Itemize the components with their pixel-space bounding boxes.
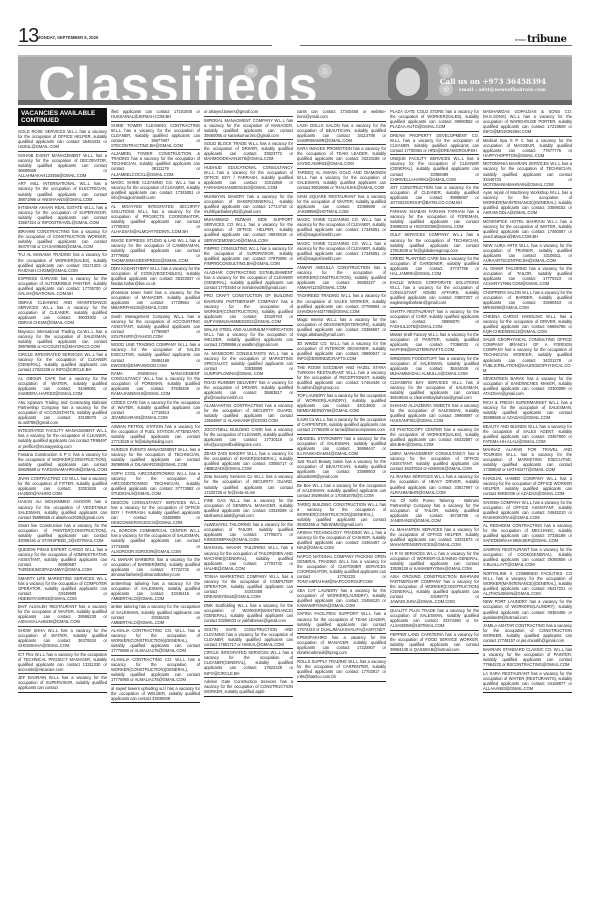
classified-ad: SEA CAT LAUNDRY has a vacancy for the oc… <box>297 587 386 611</box>
column-2: ified applicants can contact 17181508 or… <box>111 108 200 898</box>
classified-ad: SAMRAN RESTAURANT has a vacancy for the … <box>483 546 572 570</box>
classified-ad: IHTISHAM AKHAN REAL ESTATE W.L.L has a v… <box>18 204 107 228</box>
brand-name: tribune <box>527 34 566 45</box>
classified-ad: TOP LAUNDRY has a vacancy for the occupa… <box>297 392 386 416</box>
classified-ad: TAJ AL MANAMA TRADING has a vacancy for … <box>18 251 107 275</box>
classifieds-banner: Classifieds ✉ ▯ ▯ ◎ Call us on +973 3645… <box>18 55 572 100</box>
classified-ad: MAGIC SHINE CLEANING CO. W.L.L has a vac… <box>297 216 386 240</box>
classified-ad: AL MANSOORI CONSULTANTS W.L.L has a vaca… <box>204 350 293 379</box>
classified-ad: MAGIC SHINE CLEANING CO. W.L.L has a vac… <box>111 179 200 203</box>
classified-ad: ILIUM Co W.L.L has a vacancy for the occ… <box>297 416 386 435</box>
classified-ad: JOCOYNELL BUILDING CARE has a vacancy fo… <box>204 426 293 450</box>
classified-ad: FINPRO CONSULTING W.L.L has a vacancy fo… <box>204 245 293 269</box>
classified-ad: SHINE TOWER CLEANING CONTRACTING W.L.L h… <box>111 122 200 151</box>
column-5: PLAZA GATE COLD STORE has a vacancy for … <box>390 108 479 898</box>
classified-ad: cants can contact 17340456 or website-ti… <box>297 108 386 122</box>
classified-ad: PRO CRAFT CONSTUCTION OF BUILDING BAHRAI… <box>204 292 293 326</box>
classified-ad: Smart line Construction has a vacancy fo… <box>18 522 107 546</box>
classified-ad: Magic Interior W.L.L has a vacancy for t… <box>297 316 386 340</box>
classified-ad: LA SARA RESTAURANT has a vacancy for the… <box>483 670 572 694</box>
header-divider <box>18 45 272 46</box>
column-6: MADHAWDAS GOPALDAS & SONS CO. (M.G.SONS)… <box>483 108 572 898</box>
classified-ad: KHADIJAL HAMED COMPANY W.L.L has a vacan… <box>483 475 572 499</box>
classified-ad: JIVAN CONTRACTING CO W.L.L has a vacancy… <box>18 475 107 499</box>
classifieds-columns: VACANCIES AVAILABLE CONTINUED GOLD ROSE … <box>18 108 572 898</box>
mail-icon: ✉ <box>244 64 258 78</box>
classified-ad: ALAZHAR CONTRACTING ESTABLISHMENT has a … <box>204 269 293 293</box>
classified-ad: TAREQ BUILDING CONSTRUCTION W.L.L has a … <box>297 501 386 530</box>
classified-ad: QUALITY PLUS TRADE has a vacancy for the… <box>390 607 479 631</box>
classified-ad: WINDOWS FOODSTUFF has a vacancy for the … <box>390 355 479 379</box>
classified-ad: NORTHLINK X COMBINED FACILITIES CO W.L.L… <box>483 570 572 599</box>
classified-ad: INTEGRATED FACILITY MANAGEMENT W.L.L has… <box>18 427 107 451</box>
classified-ad: CHOPPERS SALON W.L.L has a vacancy for t… <box>483 289 572 313</box>
classified-ad: DREAM PROPERTY DEVELOPMENT CO. W.L.L has… <box>390 132 479 156</box>
classified-ad: AL REDHEEM CONTRACTING has a vacancy for… <box>483 522 572 546</box>
classified-ad: JEF BAHRAIN W.L.L has a vacancy for the … <box>18 674 107 693</box>
classified-ad: JAMILA AKHTAR CONTRACTING has a vacancy … <box>483 622 572 646</box>
classified-ad: SHAHAD ALJAZEERA SWEETS has a vacancy fo… <box>390 402 479 426</box>
phone-icon: ▯ <box>318 64 332 78</box>
classified-ad: Abu Iqzanam Trading and Contracting Bahr… <box>18 399 107 428</box>
classified-ad: SIAM SQUARE RESTAURANT has a vacancy for… <box>297 193 386 217</box>
classified-ad: SMARTY LIFE MARKETING SERVICES W.L.L has… <box>18 575 107 604</box>
classified-ad: IBRAHIM CONSTRACTING has a vacancy for t… <box>18 228 107 252</box>
classified-ad: CIRCLE INTEGRATED SERVICES W.L.L has a v… <box>18 351 107 375</box>
classified-ad: UNIQUE FACILITY SERVICES W.L.L has a vac… <box>390 155 479 184</box>
classified-ad: ROLLS SUPPLY TRADING W.L.L has a vacancy… <box>297 658 386 682</box>
classified-ad: SAHEBA COMPANY W.L.L has a vacancy for t… <box>483 499 572 523</box>
classified-ad: ALJAMEEL TOWER CONSTRUCTION & TRADING ha… <box>111 150 200 179</box>
classified-ad: PEPPER LAND CAFETERIA has a vacancy for … <box>390 631 479 655</box>
classified-ad: ambershop tailoring has a vacancy for th… <box>111 580 200 604</box>
classified-ad: LIBRA MANAGEMENT CONSULTANCY has a vacan… <box>390 450 479 474</box>
classified-ad: amber tailoring has a vacancy for the oc… <box>111 603 200 627</box>
classified-ad: GULF SERVICES COMPANY W.L.L has a vacanc… <box>390 231 479 255</box>
classified-ad: CHEENA CARGO HANDLING W.L.L has a vacanc… <box>483 313 572 337</box>
classified-ad: or alsayed.towers@gmail.com <box>204 108 293 117</box>
classified-ad: BAHRAIN STANDARD CLASSIC CO. W.L.L has a… <box>483 646 572 670</box>
classified-ad: AL-MALIA CONTRACTING CO. W.L.L has a vac… <box>111 656 200 685</box>
classified-ad: Ayan repair of Machinery Workshop W.L.L … <box>483 189 572 218</box>
classified-ad: MOVENPICK HOTEL BAHRAIN W.L.L has a vaca… <box>483 218 572 242</box>
classified-ad: NAPCO NATIONAL COMPANY PACKING OPEN GENE… <box>297 553 386 587</box>
classified-ad: GOLD ROSE SERVICES W.L.L has a vacancy f… <box>18 128 107 152</box>
classified-ad: ALWESAYEL TAILORING has a vacancy for th… <box>204 521 293 545</box>
classified-ad: Arc Of Kefis Puneo Tailoring - Bahraini … <box>390 497 479 526</box>
classified-ad: IMPERIAL MANAGMENT COMPANY W.L.L has a v… <box>204 117 293 141</box>
classified-ad: ABADEEL STATIONERY has a vacancy for the… <box>297 435 386 459</box>
classified-ad: Zeta Security Services Co W.L.L has a va… <box>204 473 293 497</box>
classified-ad: AL SOROOR COMMERCIAL CENTER W.L.L has a … <box>111 527 200 556</box>
classified-ad: AL MAHANTEN SERVICES has a vacancy for t… <box>390 526 479 550</box>
classified-ad: WOOD LINE TRADING COMPANY W.L.L has a va… <box>111 341 200 370</box>
classified-ad: AL MOAYYED INTEGRATED SECURITY SOLUTIONS… <box>111 203 200 237</box>
classified-ad: Farsana Construction S P C has a vacancy… <box>18 451 107 475</box>
classified-ad: ARISHA TECHNOLOGY TRADING W.L.L has a va… <box>297 529 386 553</box>
classified-ad: CODES CAFE has a vacancy for the occupat… <box>111 399 200 423</box>
banner-phone: Call us on +973 36458394 <box>440 77 546 86</box>
classified-ad: OBRAS CLEANING AND MAINTENANCE SERVICES … <box>18 299 107 328</box>
classified-ad: SHATTA RESTAURANT has a vacancy for the … <box>390 308 479 332</box>
classified-ad: K9 PHOTOCOPY CENTER has a vacancy for th… <box>390 426 479 450</box>
section-heading: VACANCIES AVAILABLE CONTINUED <box>18 108 107 126</box>
classified-ad: ASIA GROUND CONSTRUCTION BAHRAINI PARTNE… <box>390 573 479 607</box>
classified-ad: WALAS STEEL AND ALUMINIUM FABRICATION W.… <box>204 326 293 350</box>
classified-ad: CREED PLANTING CARE has a vacancy for th… <box>390 255 479 279</box>
classified-ad: ALAMAANTAN CONTRACTING has a vacancy for… <box>204 402 293 426</box>
page-number: 13 <box>18 26 38 46</box>
classified-ad: QUEZON PINAS EXPERT CARGO W.L.L has a va… <box>18 546 107 575</box>
header-divider-right <box>300 45 572 46</box>
classified-ad: South Management Company W.L.L has a vac… <box>111 313 200 342</box>
classified-ad: ASWAN PETROL STATION has a vacancy for t… <box>111 423 200 447</box>
classified-ad: TAGHREED TRADING W.L.L has a vacancy for… <box>297 292 386 316</box>
classified-ad: FINE GAS W.L.L has a vacancy for the occ… <box>204 497 293 521</box>
classified-ad: Advisor Gate Construction Services has a… <box>204 678 293 697</box>
classified-ad: SAFINA FACILITIES SUPPORT W.L.L has a va… <box>297 610 386 634</box>
classified-ad: Just Touch Beauty Salon has a vacancy fo… <box>297 458 386 482</box>
classified-ad: SOLID BLOCK TRADE W.L.L has a vacancy fo… <box>204 140 293 164</box>
column-3: or alsayed.towers@gmail.comIMPERIAL MANA… <box>204 108 293 898</box>
classified-ad: MAHSHAL MAHAR TAILORING W.L.L has a vaca… <box>204 544 293 573</box>
banner-title: Classifieds <box>38 61 318 100</box>
classified-ad: Be Bee W.L.L has a vacancy for the occup… <box>297 482 386 501</box>
classified-ad: LASH DOLLS SALON has a vacancy for the o… <box>297 122 386 146</box>
classified-ad: ART MILL INTERNATIONAL W.L.L has a vacan… <box>18 180 107 204</box>
classified-ad: AL OBOUR CAFE has a vacancy for the occu… <box>18 375 107 399</box>
classified-ad: ified applicants can contact 17181508 or… <box>111 108 200 122</box>
classified-ad: DMV KADANTHERY W.L.L has a vacancy for t… <box>111 265 200 289</box>
classified-ad: AL MANAR BARBERS has a vacancy for the o… <box>111 556 200 580</box>
classified-ad: CLEANERS BAY SERVICES W.L.L has a vacanc… <box>390 379 479 403</box>
classified-ad: ANWAR ABDULLA CONSTRUCTION has a vacancy… <box>297 264 386 293</box>
classified-ad: Mayonco International Trading Co.W.L.L h… <box>18 328 107 352</box>
classified-ad: HASAN ALI MOHAMMED ASHOOR has a vacancy … <box>18 498 107 522</box>
classified-ad: CIRCLE INTEGRATED SERVICES W.L.L has a v… <box>204 649 293 678</box>
classified-ad: DESCON CONSULTANCY SERVICES W.L.L has a … <box>111 499 200 528</box>
classified-ad: RICH & FRESH SUPERMARKET W.L.L has a vac… <box>483 399 572 423</box>
column-1: VACANCIES AVAILABLE CONTINUED GOLD ROSE … <box>18 108 107 898</box>
classified-ad: HUDHUD EDUCATIONAL CONSULTANCY W.L.L has… <box>204 164 293 193</box>
classified-ad: ROAD RUNNER DELIVERY has a vacancy for t… <box>204 379 293 403</box>
classified-ad: NEW PORT LAUNDRY has a vacancy for the o… <box>483 598 572 622</box>
classified-ad: BAIT ALSALEH RESTAURANT has a vacancy fo… <box>18 603 107 627</box>
classified-ad: EAGLE WINGS CORPORATE SOLUTIONS W.L.L ha… <box>390 279 479 308</box>
classified-ad: MUHBIYAN BAKERY has a vacancy for the oc… <box>204 193 293 217</box>
avatar-illustration <box>388 56 428 100</box>
classified-ad: TAREEQ AL AMANA GOLD AND DIAMONDS W.L.L … <box>297 169 386 193</box>
classified-ad: SUNDUS EVENTS MANAGEMENT W.L.L has a vac… <box>111 446 200 470</box>
classified-ad: 3D WINDZ CO. W.L.L has a vacancy for the… <box>297 340 386 364</box>
classified-ad: phoenicia tower hotel has a vacancy for … <box>111 289 200 313</box>
classified-ad: AL RAHMA SERVICES W.L.L has a vacancy fo… <box>390 473 479 497</box>
classified-ad: ZEADI ZADI BAKERY W.L.L has a vacancy fo… <box>204 450 293 474</box>
classified-ad: ICT Flex W.L.L has a vacancy for the occ… <box>18 651 107 675</box>
classified-ad: THE ROOM ESCOBAR AND HAZEL STARA TURKISH… <box>297 364 386 393</box>
classified-ad: PLAZA GATE COLD STORE has a vacancy for … <box>390 108 479 132</box>
banner-bottom-bar <box>18 100 572 105</box>
classified-ad: MADHAWDAS GOPALDAS & SONS CO. (M.G.SONS)… <box>483 108 572 137</box>
classified-ad: SARA IMAGES PROMOTION has a vacancy for … <box>297 145 386 169</box>
classified-ad: MAGIC SHINE CLEANING CO. W.L.L has a vac… <box>297 240 386 264</box>
classified-ad: SHOW SHHA W.L.L has a vacancy for the oc… <box>18 627 107 651</box>
classified-ad: IMAGE EXPRESS STUDIO & LAB W.L.L has a v… <box>111 237 200 266</box>
classified-ad: FARHAN SHABAN FARHAN FARHAN has a vacanc… <box>390 208 479 232</box>
banner-email: email : advt@newsofbahrain.com <box>459 88 546 93</box>
brand-logo: DT DAILYtribune <box>515 34 567 45</box>
brand-prefix: DT DAILY <box>515 38 526 42</box>
classified-ad: SAUDI GEOPHYSICAL CONSULTING OFFICE COMP… <box>483 336 572 375</box>
classified-ad: EXPRESS GARAGE has a vacancy for the occ… <box>18 275 107 299</box>
classified-ad: Medical Spa S P C has a vacancy for the … <box>483 137 572 161</box>
classified-ad: MUHAMMAD RIZWAN 0305 SUPPORT SERVICES CO… <box>204 216 293 245</box>
classified-ad: SOPH COOL AIRCONDITIONING W.L.L has a va… <box>111 470 200 499</box>
classified-ad: SEVENTEEN BARAK has a vacancy for the oc… <box>483 375 572 399</box>
classified-ad: MAHNAZ ALARAB FOR TRAVEL AND TOURISM W.L… <box>483 446 572 475</box>
classified-ad: DMK Scaffolding W.L.L has a vacancy for … <box>204 602 293 626</box>
column-4: cants can contact 17340456 or website-ti… <box>297 108 386 898</box>
classified-ad: al sayed towers uphoding w.l.l has a vac… <box>111 685 200 704</box>
classified-ad: SOHAIB EVENT MANAGEMENT W.L.L has a vaca… <box>18 152 107 181</box>
classified-ad: RAMA JANNESHI MANAGEMENT CONSULTANCY W.L… <box>111 370 200 399</box>
classified-ad: KPMG/FAKHRO has a vacancy for the occupa… <box>297 634 386 658</box>
tablet-icon: ▯ <box>439 64 453 78</box>
classified-ad: JOT CONSTRUCTION has a vacancy for the o… <box>390 184 479 208</box>
classified-ad: SOUTH SAFE CONSTRUCTION AND CLEANING has… <box>204 626 293 650</box>
classified-ad: AL-MALIA CONTRACTING CO. W.L.L has a vac… <box>111 627 200 656</box>
classified-ad: Master Kraft Factory W.L.L has a vacancy… <box>390 331 479 355</box>
classified-ad: AL OMAIR TAILORING has a vacancy for the… <box>483 265 572 289</box>
page-date: MONDAY, SEPTEMBER 8, 2025 <box>37 35 98 40</box>
classified-ad: H R M SERVICES W.L.L has a vacancy for t… <box>390 550 479 574</box>
classified-ad: BEAUTY AND BLENDS W.L.L has a vacancy fo… <box>483 423 572 447</box>
page-header: 13 MONDAY, SEPTEMBER 8, 2025 <box>18 26 272 46</box>
classified-ad: NEW AURA ARTS W.L.L has a vacancy for th… <box>483 242 572 266</box>
classified-ad: TOSHA MARKETING COMPANY W.L.L has a vaca… <box>204 573 293 602</box>
classified-ad: MOTOMANIA BAHRAIN SERVICES W.L.L has a v… <box>483 160 572 189</box>
